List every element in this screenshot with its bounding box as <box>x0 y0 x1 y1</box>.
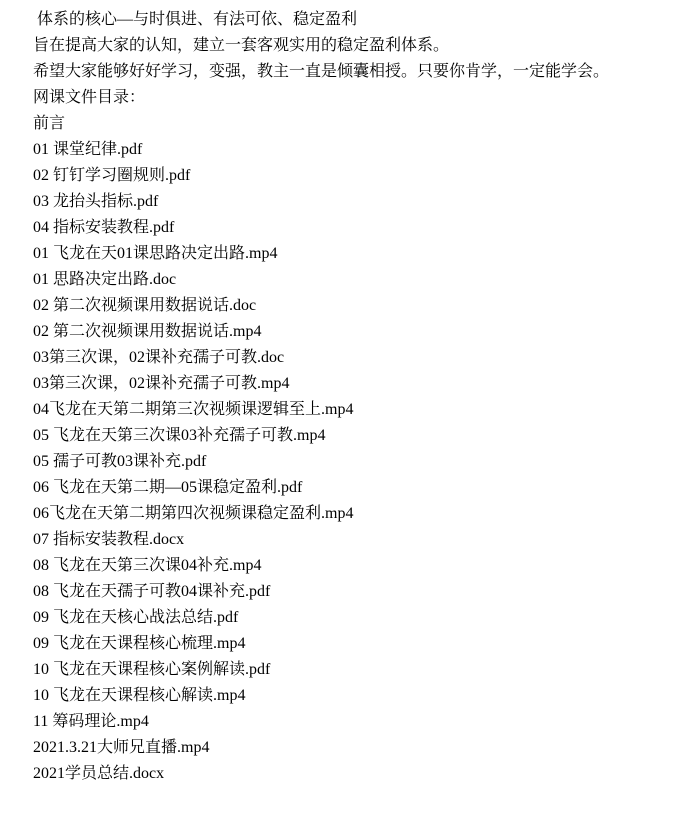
catalog-entry: 10 飞龙在天课程核心解读.mp4 <box>33 683 660 709</box>
catalog-entry: 01 飞龙在天01课思路决定出路.mp4 <box>33 241 660 267</box>
catalog-entry: 05 孺子可教03课补充.pdf <box>33 449 660 475</box>
catalog-entry: 01 思路决定出路.doc <box>33 267 660 293</box>
catalog-entry: 02 第二次视频课用数据说话.doc <box>33 293 660 319</box>
catalog-entry: 04飞龙在天第二期第三次视频课逻辑至上.mp4 <box>33 397 660 423</box>
catalog-entry: 08 飞龙在天孺子可教04课补充.pdf <box>33 579 660 605</box>
catalog-entry: 06 飞龙在天第二期—05课稳定盈利.pdf <box>33 475 660 501</box>
catalog-entry: 2021学员总结.docx <box>33 761 660 787</box>
catalog-entry: 06飞龙在天第二期第四次视频课稳定盈利.mp4 <box>33 501 660 527</box>
catalog-entry: 03 龙抬头指标.pdf <box>33 189 660 215</box>
catalog-entry: 08 飞龙在天第三次课04补充.mp4 <box>33 553 660 579</box>
catalog-entry: 02 第二次视频课用数据说话.mp4 <box>33 319 660 345</box>
catalog-entry: 2021.3.21大师兄直播.mp4 <box>33 735 660 761</box>
catalog-entry: 10 飞龙在天课程核心案例解读.pdf <box>33 657 660 683</box>
catalog-entry: 09 飞龙在天课程核心梳理.mp4 <box>33 631 660 657</box>
catalog-entry: 09 飞龙在天核心战法总结.pdf <box>33 605 660 631</box>
intro-line: 希望大家能够好好学习，变强，教主一直是倾囊相授。只要你肯学，一定能学会。 <box>33 59 660 85</box>
catalog-heading: 网课文件目录： <box>33 85 660 111</box>
catalog-entry: 前言 <box>33 111 660 137</box>
document-page: 体系的核心—与时俱进、有法可依、稳定盈利 旨在提高大家的认知，建立一套客观实用的… <box>0 0 680 816</box>
catalog-entry: 01 课堂纪律.pdf <box>33 137 660 163</box>
catalog-entry: 03第三次课，02课补充孺子可教.mp4 <box>33 371 660 397</box>
intro-line: 旨在提高大家的认知，建立一套客观实用的稳定盈利体系。 <box>33 33 660 59</box>
catalog-entry: 05 飞龙在天第三次课03补充孺子可教.mp4 <box>33 423 660 449</box>
catalog-entry: 03第三次课，02课补充孺子可教.doc <box>33 345 660 371</box>
intro-line: 体系的核心—与时俱进、有法可依、稳定盈利 <box>33 7 660 33</box>
catalog-entry: 07 指标安装教程.docx <box>33 527 660 553</box>
catalog-entry: 11 筹码理论.mp4 <box>33 709 660 735</box>
catalog-entry: 04 指标安装教程.pdf <box>33 215 660 241</box>
catalog-entry: 02 钉钉学习圈规则.pdf <box>33 163 660 189</box>
